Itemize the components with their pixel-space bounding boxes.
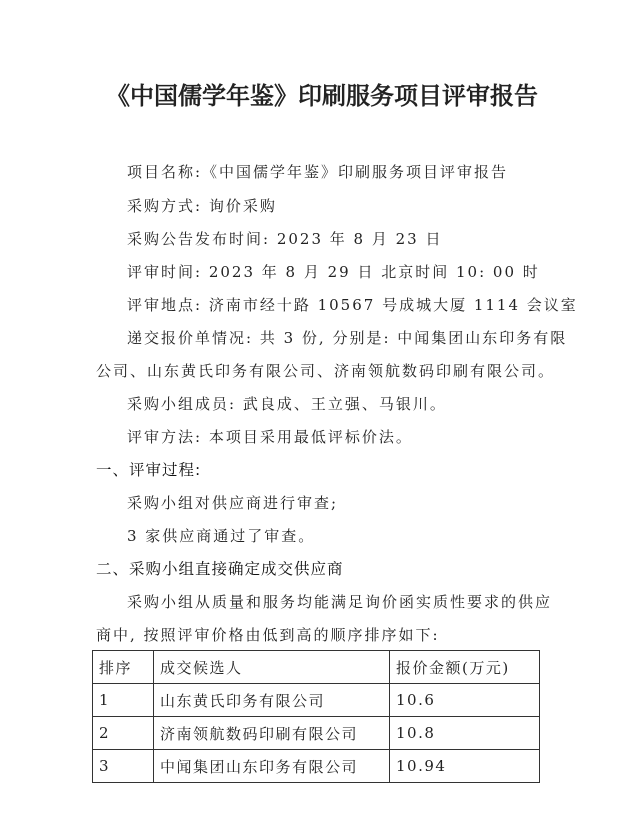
- cell-candidate: 济南领航数码印刷有限公司: [154, 717, 390, 750]
- cell-candidate: 中闻集团山东印务有限公司: [154, 750, 390, 783]
- procurement-team-line: 采购小组成员: 武良成、王立强、马银川。: [127, 394, 587, 414]
- cell-quote-amount: 10.8: [390, 717, 540, 750]
- section2-paragraph: 采购小组从质量和服务均能满足询价函实质性要求的供应: [127, 592, 587, 612]
- table-row: 1 山东黄氏印务有限公司 10.6: [93, 684, 540, 717]
- quotation-submission-line: 递交报价单情况: 共 3 份, 分别是: 中闻集团山东印务有限: [127, 328, 587, 348]
- table-row: 3 中闻集团山东印务有限公司 10.94: [93, 750, 540, 783]
- section-heading-review-process: 一、评审过程:: [96, 460, 556, 480]
- section2-paragraph-continued: 商中, 按照评审价格由低到高的顺序排序如下:: [96, 625, 556, 645]
- header-rank: 排序: [93, 651, 154, 684]
- ranking-table: 排序 成交候选人 报价金额(万元) 1 山东黄氏印务有限公司 10.6 2 济南…: [92, 650, 540, 783]
- cell-quote-amount: 10.6: [390, 684, 540, 717]
- document-page: 《中国儒学年鉴》印刷服务项目评审报告 项目名称:《中国儒学年鉴》印刷服务项目评审…: [0, 0, 644, 817]
- review-method-line: 评审方法: 本项目采用最低评标价法。: [127, 427, 587, 447]
- quotation-submission-continued: 公司、山东黄氏印务有限公司、济南领航数码印刷有限公司。: [96, 361, 556, 381]
- section1-paragraph: 采购小组对供应商进行审查;: [127, 493, 587, 513]
- section-heading-supplier-determination: 二、采购小组直接确定成交供应商: [96, 559, 556, 579]
- cell-candidate: 山东黄氏印务有限公司: [154, 684, 390, 717]
- cell-rank: 1: [93, 684, 154, 717]
- cell-rank: 3: [93, 750, 154, 783]
- procurement-method-line: 采购方式: 询价采购: [127, 196, 587, 216]
- review-location-line: 评审地点: 济南市经十路 10567 号成城大厦 1114 会议室: [127, 295, 587, 315]
- project-name-line: 项目名称:《中国儒学年鉴》印刷服务项目评审报告: [127, 162, 587, 182]
- cell-quote-amount: 10.94: [390, 750, 540, 783]
- section1-paragraph: 3 家供应商通过了审查。: [127, 526, 587, 546]
- cell-rank: 2: [93, 717, 154, 750]
- review-time-line: 评审时间: 2023 年 8 月 29 日 北京时间 10: 00 时: [127, 262, 587, 282]
- header-quote-amount: 报价金额(万元): [390, 651, 540, 684]
- document-title: 《中国儒学年鉴》印刷服务项目评审报告: [0, 78, 644, 114]
- header-candidate: 成交候选人: [154, 651, 390, 684]
- table-row: 2 济南领航数码印刷有限公司 10.8: [93, 717, 540, 750]
- table-header-row: 排序 成交候选人 报价金额(万元): [93, 651, 540, 684]
- announcement-date-line: 采购公告发布时间: 2023 年 8 月 23 日: [127, 229, 587, 249]
